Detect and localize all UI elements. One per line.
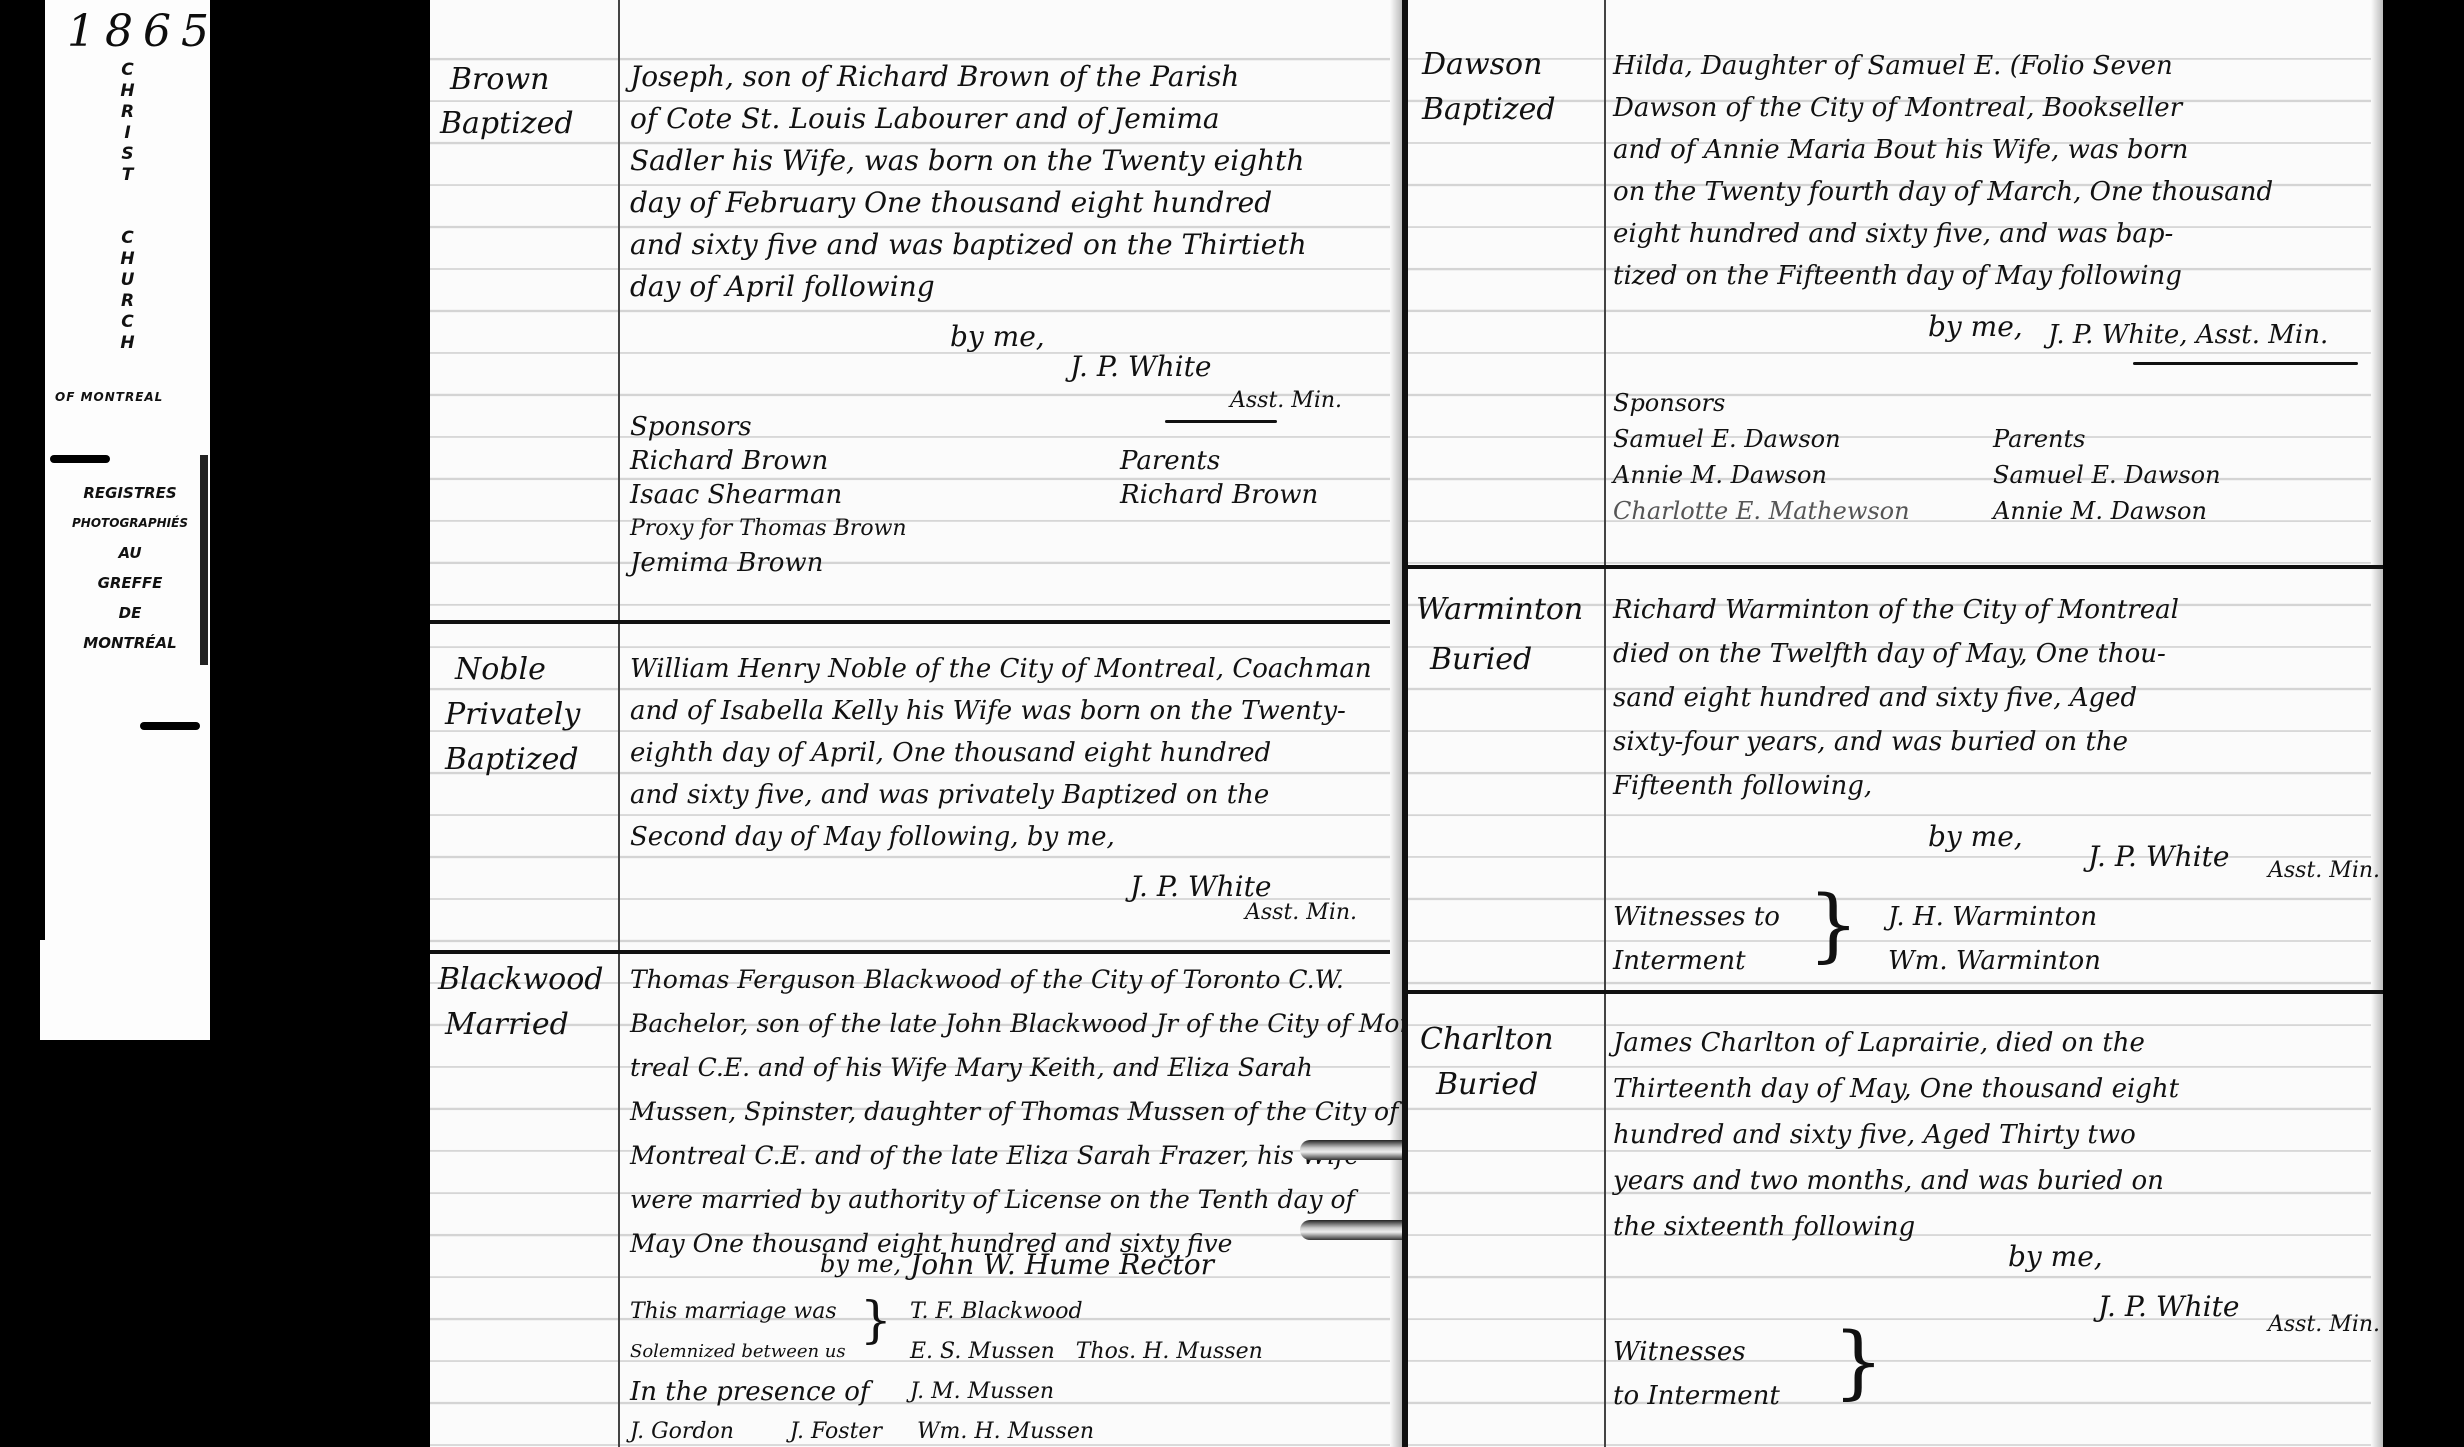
- entry-event: Married: [445, 1005, 569, 1045]
- entry-surname: Charlton: [1420, 1020, 1554, 1060]
- register-page-left: Brown Baptized Joseph, son of Richard Br…: [430, 0, 1402, 1447]
- brace-icon: }: [1833, 1322, 1884, 1402]
- signatories: T. F. Blackwood E. S. Mussen Thos. H. Mu…: [910, 1292, 1263, 1412]
- entry-text: Hilda, Daughter of Samuel E. (Folio Seve…: [1613, 45, 2273, 297]
- register-page-right: Dawson Baptized Hilda, Daughter of Samue…: [1402, 0, 2383, 1447]
- archive-label-strip: 1865 C H R I S T C H U R C H OF MONTREAL…: [45, 0, 210, 1040]
- witness-label: Witnesses to Interment: [1613, 1330, 1780, 1418]
- by-me-text: by me,: [950, 320, 1045, 353]
- minister-title: Asst. Min.: [1230, 388, 1342, 413]
- brace-icon: }: [1808, 885, 1859, 965]
- witnesses-list: J. H. Warminton Wm. Warminton: [1888, 895, 2101, 983]
- margin-line: [1604, 0, 1606, 1447]
- entry-event: Baptized: [445, 740, 579, 780]
- register-year: 1865: [67, 6, 219, 57]
- entry-text: William Henry Noble of the City of Montr…: [630, 648, 1372, 858]
- minister-signature: J. P. White: [1130, 870, 1271, 903]
- by-me-text: by me,: [1928, 820, 2023, 853]
- paper-clip-icon: [140, 722, 200, 730]
- minister-signature: J. P. White: [1070, 350, 1211, 383]
- minister-signature: J. P. White: [2088, 840, 2229, 873]
- entry-event: Baptized: [1422, 90, 1556, 130]
- label-strip-tab: [40, 940, 198, 1040]
- entry-text: Joseph, son of Richard Brown of the Pari…: [630, 56, 1307, 308]
- entry-divider: [1408, 565, 2383, 569]
- entry-surname: Brown: [450, 60, 549, 100]
- witness-label: Witnesses to Interment: [1613, 895, 1780, 983]
- rector-signature: John W. Hume Rector: [910, 1248, 1214, 1281]
- minister-title: Asst. Min.: [1245, 900, 1357, 925]
- entry-text: James Charlton of Laprairie, died on the…: [1613, 1020, 2179, 1250]
- church-name-vertical: C H R I S T C H U R C H: [45, 60, 210, 354]
- by-me-text: by me,: [1928, 310, 2023, 343]
- entry-surname: Dawson: [1422, 45, 1542, 85]
- entry-surname: Blackwood: [438, 960, 604, 1000]
- entry-event: Buried: [1436, 1065, 1538, 1105]
- brace-icon: }: [860, 1295, 892, 1345]
- of-montreal-label: OF MONTREAL: [55, 390, 163, 404]
- signature-underline: [1165, 420, 1277, 423]
- entry-event: Baptized: [440, 104, 574, 144]
- entry-divider: [430, 950, 1390, 954]
- entry-divider: [1408, 990, 2383, 994]
- entry-surname: Warminton: [1416, 590, 1583, 630]
- margin-line: [618, 0, 620, 1447]
- solemnized-text: This marriage was Solemnized between us …: [630, 1292, 870, 1412]
- entry-divider: [430, 620, 1390, 624]
- by-me-text: by me,: [820, 1250, 901, 1278]
- scan-background: [2383, 0, 2464, 1447]
- signature-underline: [2133, 362, 2358, 365]
- entry-text: Richard Warminton of the City of Montrea…: [1613, 588, 2179, 808]
- minister-title: Asst. Min.: [2268, 1312, 2380, 1337]
- entry-event: Privately: [445, 695, 580, 735]
- minister-signature: J. P. White: [2098, 1290, 2239, 1323]
- parents-list: Parents Samuel E. Dawson Annie M. Dawson: [1993, 421, 2221, 529]
- entry-surname: Noble: [455, 650, 546, 690]
- minister-signature: J. P. White, Asst. Min.: [2048, 320, 2328, 350]
- minister-title: Asst. Min.: [2268, 858, 2380, 883]
- entry-text: Thomas Ferguson Blackwood of the City of…: [630, 958, 1424, 1266]
- signatories-bottom: J. Gordon J. Foster Wm. H. Mussen: [630, 1415, 1094, 1447]
- sponsors-list: Sponsors Richard Brown Isaac Shearman Pr…: [630, 410, 907, 580]
- by-me-text: by me,: [2008, 1240, 2103, 1273]
- paper-clip-icon: [50, 455, 110, 463]
- entry-event: Buried: [1430, 640, 1532, 680]
- parents-list: Parents Richard Brown: [1120, 444, 1318, 512]
- archive-stamp: REGISTRES PHOTOGRAPHIÉS AU GREFFE DE MON…: [50, 478, 210, 658]
- sponsors-list: Sponsors Samuel E. Dawson Annie M. Dawso…: [1613, 385, 1910, 529]
